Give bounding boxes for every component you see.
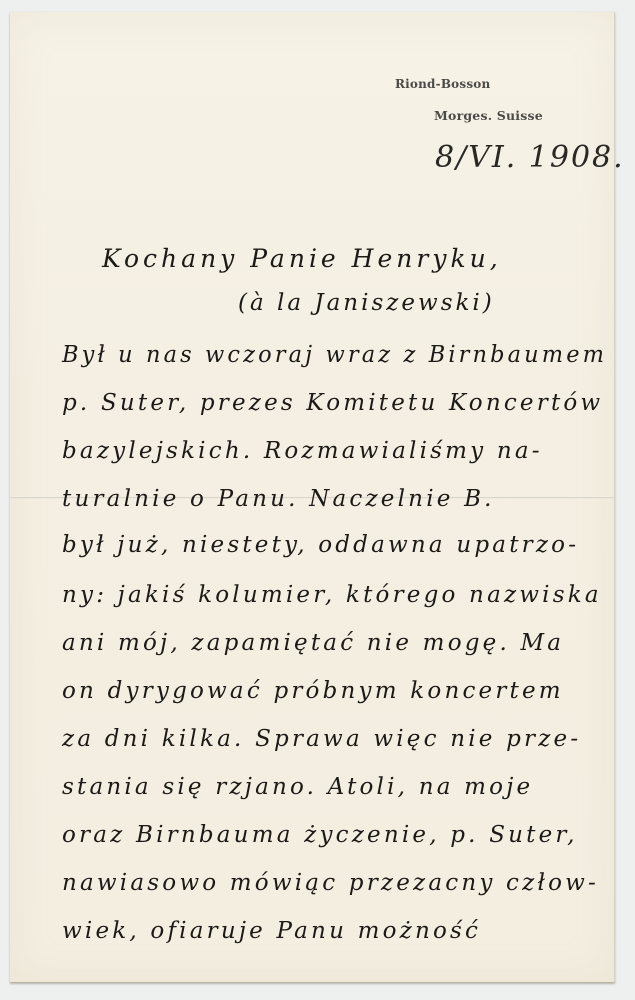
body-line: oraz Birnbauma życzenie, p. Suter, <box>62 822 578 848</box>
salutation-note: (à la Janiszewski) <box>238 290 495 316</box>
letter-page: Riond-Bosson Morges. Suisse 8/VI. 1908. … <box>10 12 615 983</box>
letterhead-name: Riond-Bosson <box>395 77 490 91</box>
body-line: bazylejskich. Rozmawialiśmy na- <box>62 438 543 464</box>
body-line: wiek, ofiaruje Panu możność <box>62 918 481 944</box>
salutation: Kochany Panie Henryku, <box>102 244 502 273</box>
letterhead-place: Morges. Suisse <box>434 108 543 123</box>
body-line: ani mój, zapamiętać nie mogę. Ma <box>62 630 564 656</box>
body-line: turalnie o Panu. Naczelnie B. <box>62 486 495 512</box>
body-line: Był u nas wczoraj wraz z Birnbaumem <box>62 342 607 368</box>
body-line: nawiasowo mówiąc przezacny człow- <box>62 870 599 896</box>
body-line: za dni kilka. Sprawa więc nie prze- <box>62 726 581 752</box>
letter-date: 8/VI. 1908. <box>435 140 625 175</box>
body-line: stania się rzjano. Atoli, na moje <box>62 774 533 800</box>
body-line: ny: jakiś kolumier, którego nazwiska <box>62 582 602 608</box>
body-line: on dyrygować próbnym koncertem <box>62 678 564 704</box>
body-line: p. Suter, prezes Komitetu Koncertów <box>62 390 603 416</box>
body-line: był już, niestety, oddawna upatrzo- <box>62 532 579 558</box>
